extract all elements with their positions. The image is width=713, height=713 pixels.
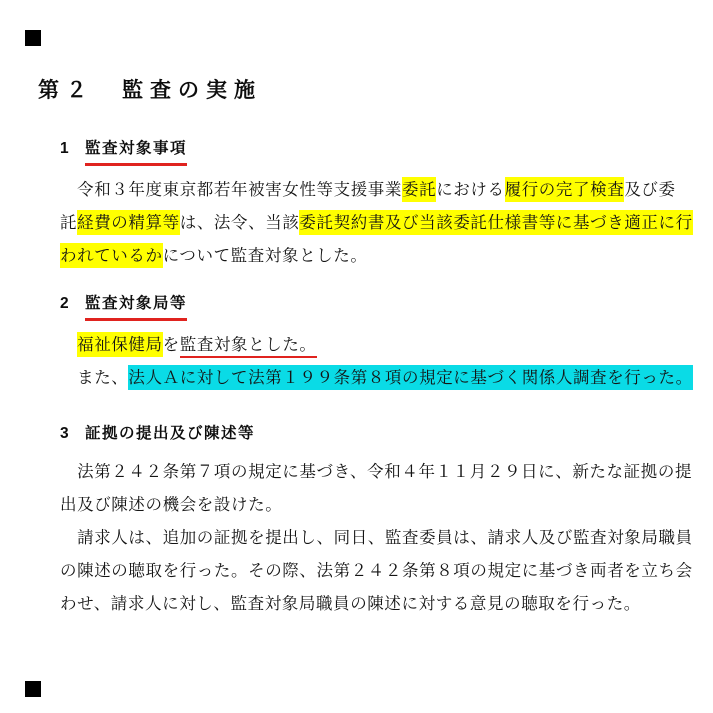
section-2: 2監査対象局等 福祉保健局を監査対象とした。 また、法人Ａに対して法第１９９条第… (60, 293, 670, 394)
text-line: 託経費の精算等は、法令、当該委託契約書及び当該委託仕様書等に基づき適正に行 (60, 206, 670, 239)
section-number: 2 (60, 293, 85, 315)
document-page: 第２ 監査の実施 1監査対象事項 令和３年度東京都若年被害女性等支援事業委託にお… (0, 0, 713, 713)
text-run: 令和３年度東京都若年被害女性等支援事業 (60, 180, 402, 199)
section-1: 1監査対象事項 令和３年度東京都若年被害女性等支援事業委託における履行の完了検査… (60, 138, 670, 272)
text-run: 及び委 (624, 180, 675, 199)
text-run: は、法令、当該 (180, 213, 300, 232)
section-heading: 3証拠の提出及び陳述等 (60, 423, 670, 448)
text-line: 福祉保健局を監査対象とした。 (60, 328, 670, 361)
text-run: また、 (60, 368, 128, 387)
text-line: 法第２４２条第７項の規定に基づき、令和４年１１月２９日に、新たな証拠の提 (60, 455, 670, 488)
text-line: 請求人は、追加の証拠を提出し、同日、監査委員は、請求人及び監査対象局職員 (60, 521, 670, 554)
text-line: 令和３年度東京都若年被害女性等支援事業委託における履行の完了検査及び委 (60, 173, 670, 206)
sections: 1監査対象事項 令和３年度東京都若年被害女性等支援事業委託における履行の完了検査… (60, 138, 670, 620)
text-run: の陳述の聴取を行った。その際、法第２４２条第８項の規定に基づき両者を立ち会 (60, 561, 693, 580)
text-run: における (436, 180, 504, 199)
section-number: 3 (60, 423, 85, 445)
text-line: わせ、請求人に対し、監査対象局職員の陳述に対する意見の聴取を行った。 (60, 587, 670, 620)
text-run (60, 335, 77, 354)
highlight-yellow: 経費の精算等 (77, 210, 180, 235)
text-line: また、法人Ａに対して法第１９９条第８項の規定に基づく関係人調査を行った。 (60, 361, 670, 394)
text-run: 法第２４２条第７項の規定に基づき、令和４年１１月２９日に、新たな証拠の提 (60, 462, 692, 481)
section-heading-text: 監査対象局等 (85, 293, 187, 321)
text-line: われているかについて監査対象とした。 (60, 239, 670, 272)
text-line: 出及び陳述の機会を設けた。 (60, 488, 670, 521)
highlight-red-underline: 監査対象とした。 (180, 335, 317, 358)
highlight-yellow: われているか (60, 243, 163, 268)
text-line: の陳述の聴取を行った。その際、法第２４２条第８項の規定に基づき両者を立ち会 (60, 554, 670, 587)
highlight-yellow: 委託契約書及び当該委託仕様書等に基づき適正に行 (299, 210, 692, 235)
text-run: 請求人は、追加の証拠を提出し、同日、監査委員は、請求人及び監査対象局職員 (60, 528, 693, 547)
section-number: 1 (60, 138, 85, 160)
scan-corner-mark-bottom (25, 681, 41, 697)
text-run: について監査対象とした。 (163, 246, 368, 265)
scan-corner-mark-top (25, 30, 41, 46)
page-title: 第２ 監査の実施 (38, 74, 262, 104)
highlight-yellow: 福祉保健局 (77, 332, 163, 357)
section-3: 3証拠の提出及び陳述等 法第２４２条第７項の規定に基づき、令和４年１１月２９日に… (60, 423, 670, 620)
highlight-cyan: 法人Ａに対して法第１９９条第８項の規定に基づく関係人調査を行った。 (128, 365, 692, 390)
section-heading: 2監査対象局等 (60, 293, 670, 321)
section-heading: 1監査対象事項 (60, 138, 670, 166)
text-run: を (163, 335, 180, 354)
text-run: 出及び陳述の機会を設けた。 (60, 495, 282, 514)
text-run: 託 (60, 213, 77, 232)
section-heading-text: 証拠の提出及び陳述等 (85, 423, 255, 448)
highlight-yellow: 委託 (402, 177, 436, 202)
section-heading-text: 監査対象事項 (85, 138, 187, 166)
highlight-yellow: 履行の完了検査 (505, 177, 625, 202)
text-run: わせ、請求人に対し、監査対象局職員の陳述に対する意見の聴取を行った。 (60, 594, 641, 613)
